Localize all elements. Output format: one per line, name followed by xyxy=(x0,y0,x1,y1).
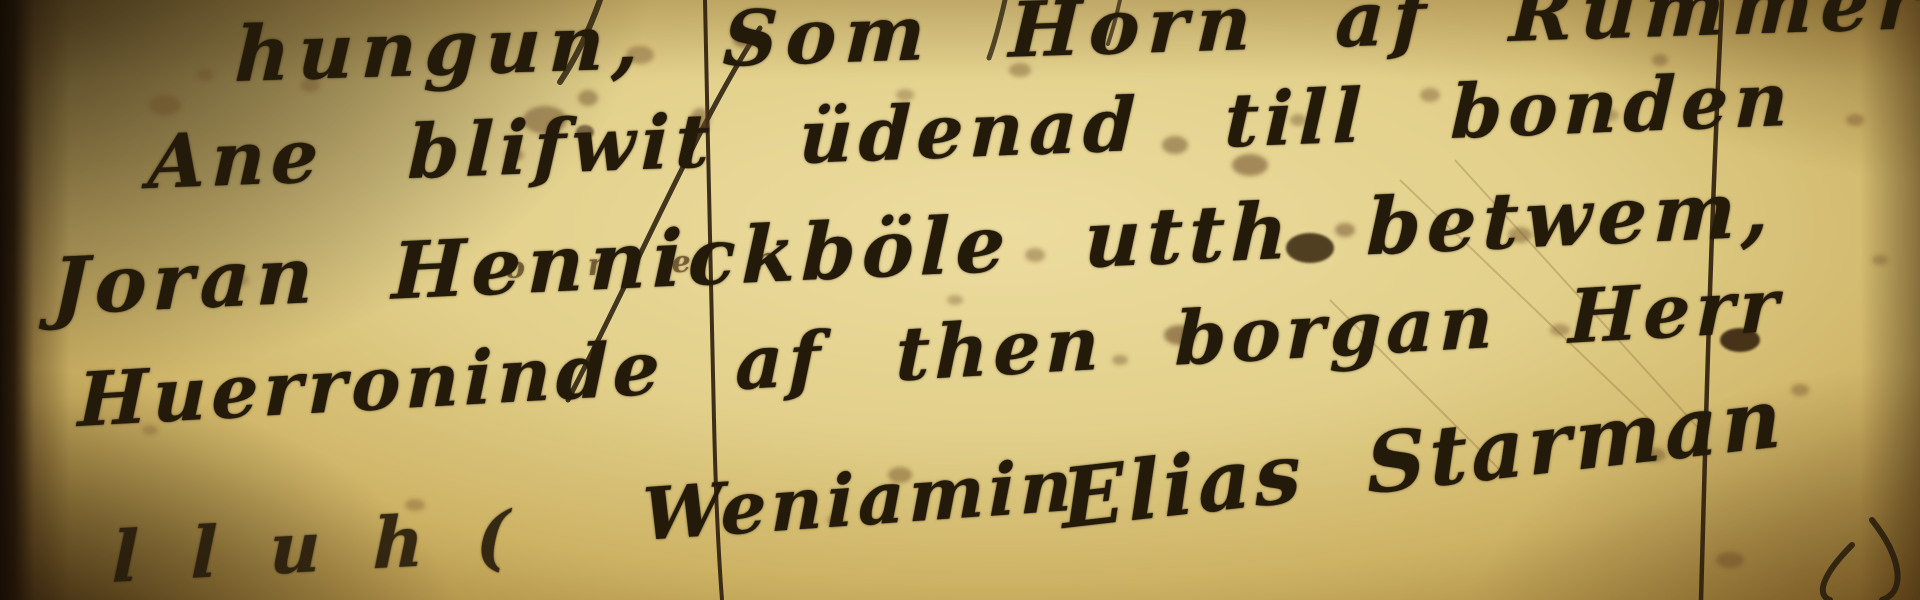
manuscript-photo: hungun, Som Horn af RummerRut- Ane blifw… xyxy=(0,0,1920,600)
bottom-line-name-fragment: Weniamin xyxy=(642,442,1076,558)
bottom-line-left-fragment: l l u h ( xyxy=(111,494,523,599)
signature-elias-starman: Elias Starman xyxy=(1060,370,1787,549)
